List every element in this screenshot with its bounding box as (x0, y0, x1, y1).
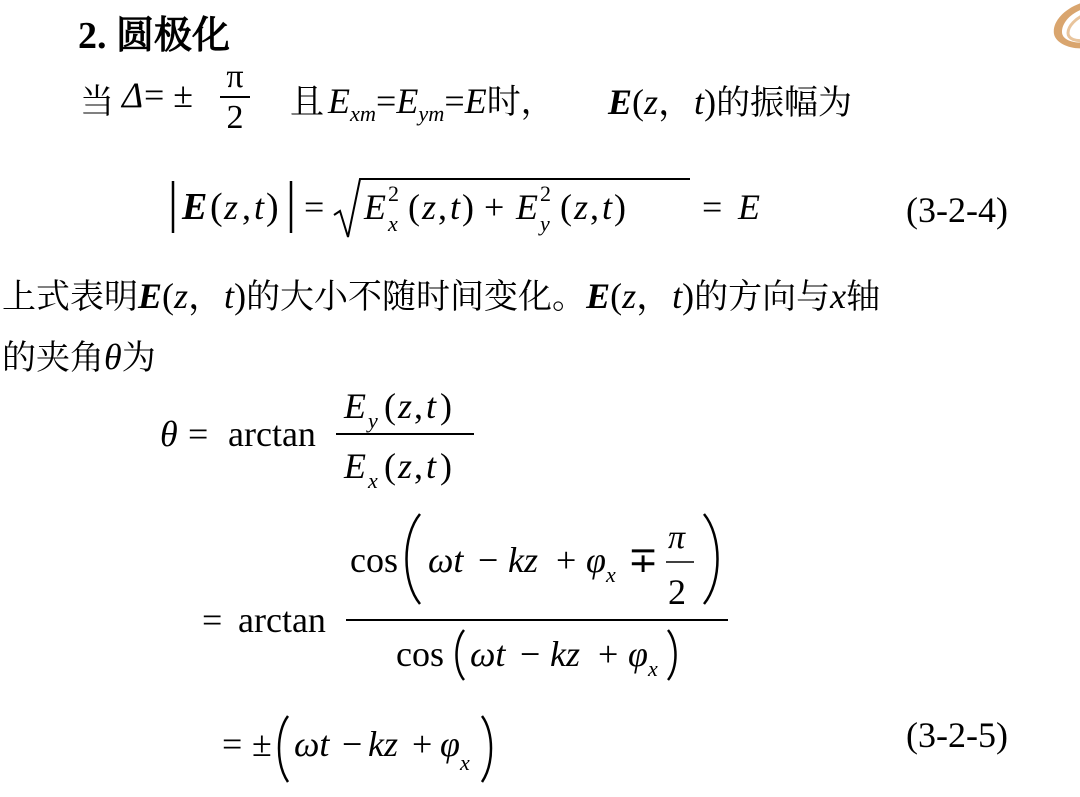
svg-text:): ) (614, 187, 626, 227)
paragraph-line-2: 的夹角θ为 (2, 330, 156, 379)
svg-text:): ) (462, 187, 474, 227)
svg-text:cos: cos (350, 540, 398, 580)
svg-text:E: E (343, 386, 366, 426)
svg-text:arctan: arctan (238, 600, 326, 640)
svg-text:2: 2 (668, 572, 686, 612)
field-amplitude-phrase: E(z，t)的振幅为 (608, 74, 852, 125)
svg-text:(: ( (384, 386, 396, 426)
arctan-cos-ratio: = arctan cos ωt − kz + φ x ∓ π 2 cos ωt … (198, 506, 758, 686)
plus-minus: = ± (144, 74, 193, 116)
svg-text:=: = (702, 187, 722, 227)
svg-text:z: z (397, 386, 412, 426)
svg-text:φ: φ (628, 634, 648, 674)
svg-text:): ) (440, 446, 452, 486)
section-title: 2. 圆极化 (78, 4, 230, 59)
theta-arctan-ratio: θ = arctan E y ( z , t ) E x ( z , t ) (158, 382, 498, 492)
svg-text:x: x (605, 562, 616, 587)
svg-text:z: z (397, 446, 412, 486)
section-title-text: 圆极化 (116, 13, 230, 57)
pi-over-2: π 2 (220, 58, 250, 138)
svg-text:+: + (484, 187, 504, 227)
magnitude-formula: E ( z , t ) = E 2 x ( z , t ) + E 2 y ( … (170, 175, 790, 239)
equation-3-2-4: E ( z , t ) = E 2 x ( z , t ) + E 2 y ( … (170, 175, 1050, 239)
svg-text:−: − (520, 634, 540, 674)
svg-text:(: ( (408, 187, 420, 227)
svg-text:±: ± (252, 724, 272, 764)
svg-text:+: + (412, 724, 432, 764)
svg-text:ωt: ωt (470, 634, 506, 674)
svg-text:x: x (387, 211, 398, 236)
svg-text:∓: ∓ (628, 540, 658, 580)
svg-text:=: = (202, 600, 222, 640)
svg-text:x: x (367, 468, 378, 492)
svg-text:+: + (598, 634, 618, 674)
svg-text:(: ( (210, 186, 223, 228)
delta-symbol: Δ (122, 74, 143, 116)
section-number: 2. (78, 15, 107, 57)
svg-text:−: − (342, 724, 362, 764)
svg-text:(: ( (384, 446, 396, 486)
svg-text:cos: cos (396, 634, 444, 674)
svg-text:,: , (414, 446, 423, 486)
equation-label-3-2-4: (3-2-4) (906, 189, 1008, 231)
svg-text:=: = (304, 187, 324, 227)
equation-label-3-2-5: (3-2-5) (906, 714, 1008, 756)
svg-text:=: = (222, 724, 242, 764)
svg-text:t: t (426, 446, 437, 486)
svg-text:E: E (343, 446, 366, 486)
svg-text:z: z (223, 187, 238, 227)
svg-text:t: t (450, 187, 461, 227)
svg-text:,: , (242, 187, 251, 227)
svg-text:kz: kz (368, 724, 398, 764)
svg-text:,: , (414, 386, 423, 426)
condition-prefix: 当 (80, 74, 114, 123)
svg-text:,: , (438, 187, 447, 227)
svg-text:arctan: arctan (228, 414, 316, 454)
paragraph-line-1: 上式表明E(z，t)的大小不随时间变化。E(z，t)的方向与x轴 (2, 268, 880, 319)
svg-text:=: = (188, 414, 208, 454)
svg-text:−: − (478, 540, 498, 580)
svg-text:z: z (421, 187, 436, 227)
svg-text:,: , (590, 187, 599, 227)
svg-text:2: 2 (540, 181, 551, 206)
svg-text:y: y (538, 211, 550, 236)
svg-text:t: t (602, 187, 613, 227)
svg-text:t: t (426, 386, 437, 426)
svg-text:t: t (254, 187, 265, 227)
svg-text:x: x (459, 750, 470, 775)
svg-text:kz: kz (550, 634, 580, 674)
svg-text:E: E (737, 187, 760, 227)
svg-text:ωt: ωt (294, 724, 330, 764)
svg-text:y: y (366, 408, 378, 433)
svg-text:E: E (363, 187, 386, 227)
svg-text:): ) (266, 186, 279, 228)
svg-text:kz: kz (508, 540, 538, 580)
svg-text:): ) (440, 386, 452, 426)
svg-text:x: x (647, 656, 658, 681)
svg-text:φ: φ (586, 540, 606, 580)
coffee-cup-logo-icon (1046, 0, 1080, 56)
svg-text:2: 2 (388, 181, 399, 206)
svg-text:E: E (515, 187, 538, 227)
amplitude-equality: Exm=Eym=E时， (328, 74, 555, 123)
svg-text:z: z (573, 187, 588, 227)
svg-text:+: + (556, 540, 576, 580)
plus-minus-phase: = ± ωt − kz + φ x (218, 712, 558, 792)
svg-text:E: E (181, 186, 207, 228)
svg-text:ωt: ωt (428, 540, 464, 580)
svg-text:π: π (668, 519, 686, 556)
condition-and: 且 (290, 74, 324, 123)
svg-text:(: ( (560, 187, 572, 227)
svg-text:φ: φ (440, 724, 460, 764)
svg-text:θ: θ (160, 414, 178, 454)
